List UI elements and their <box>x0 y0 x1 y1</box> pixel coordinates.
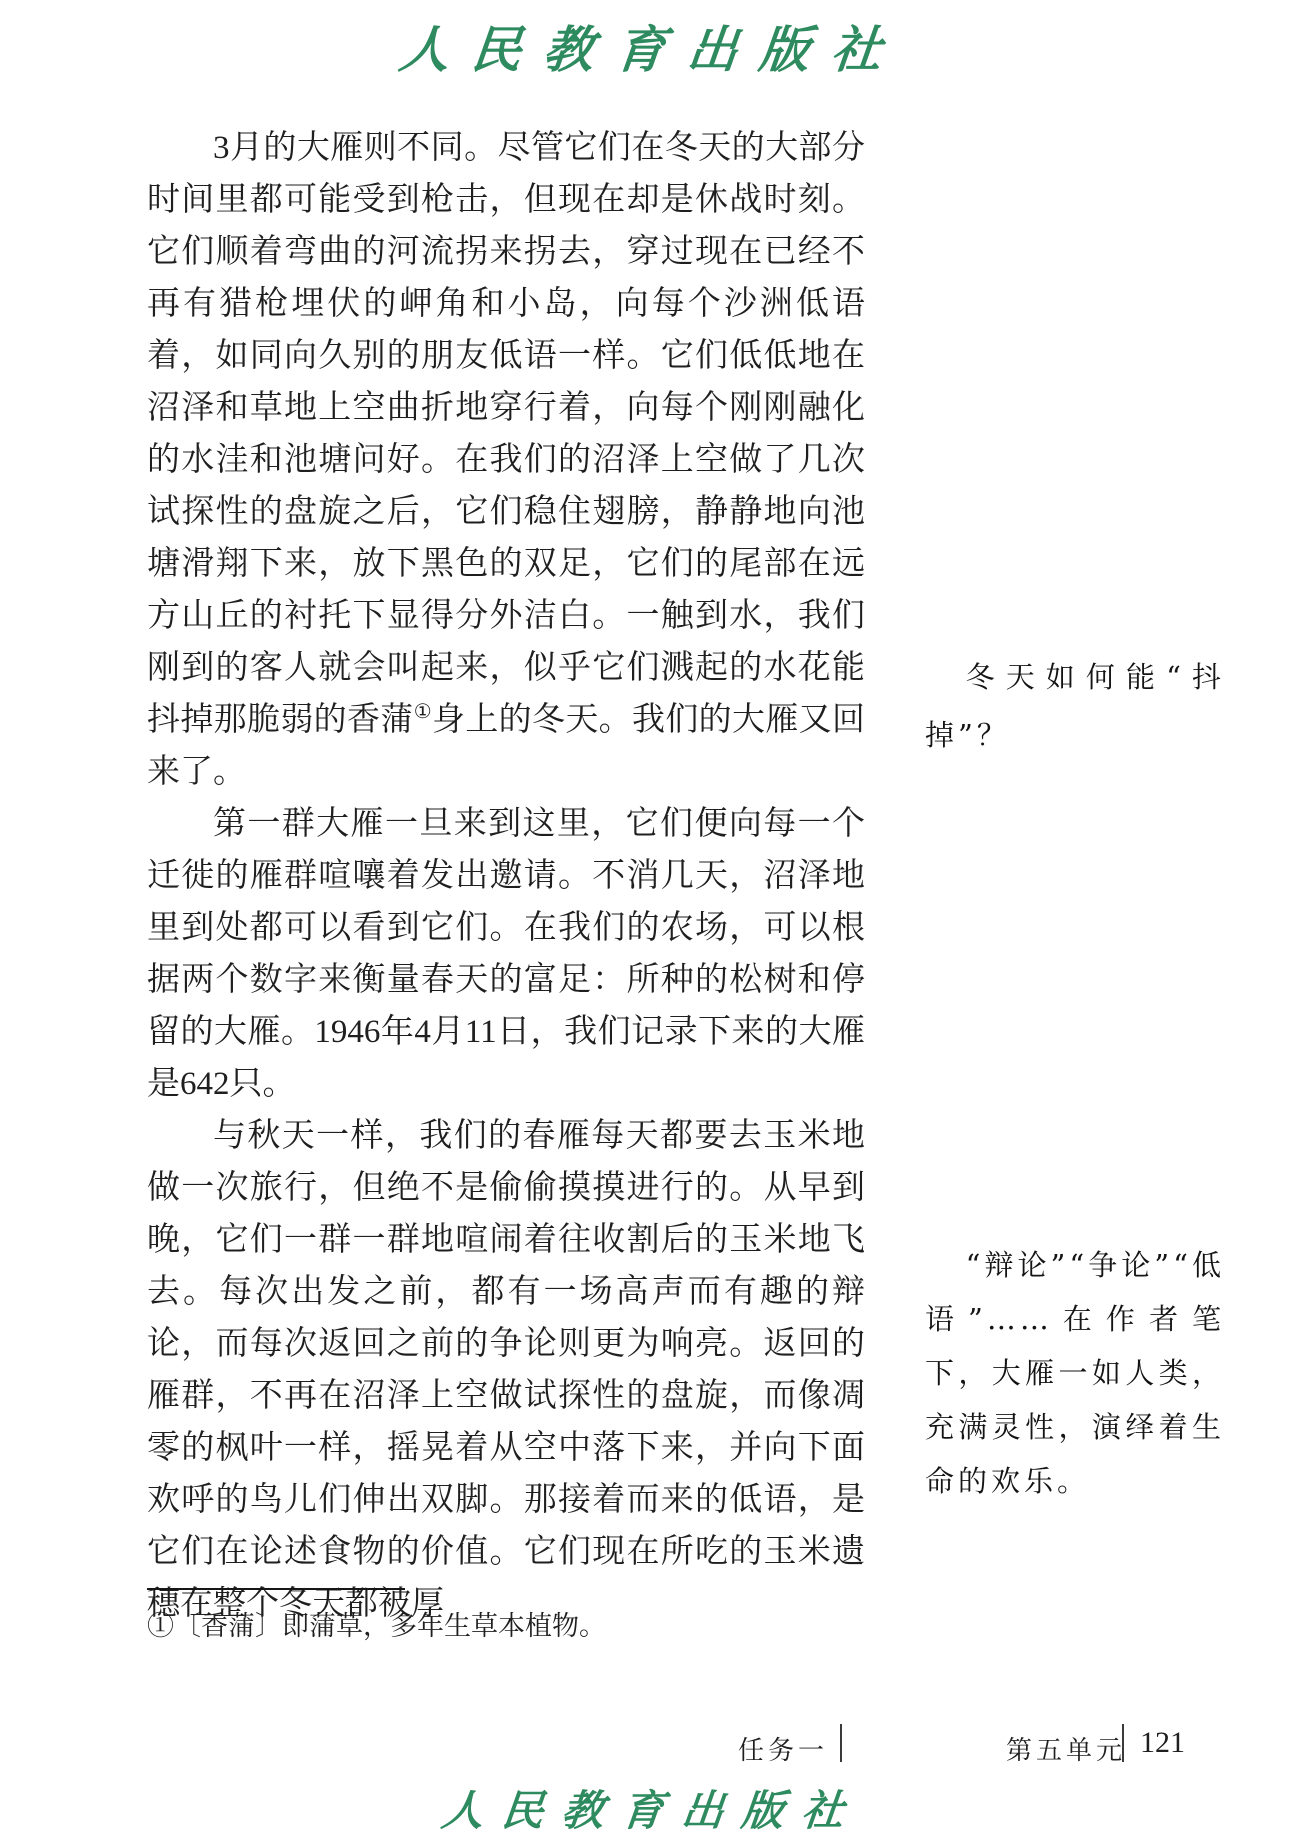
body-text-column: 3月的大雁则不同。尽管它们在冬天的大部分时间里都可能受到枪击，但现在却是休战时刻… <box>147 122 865 1630</box>
body-paragraph-2: 第一群大雁一旦来到这里，它们便向每一个迁徙的雁群喧嚷着发出邀请。不消几天，沼泽地… <box>147 798 865 1110</box>
footer-divider-2 <box>1122 1724 1124 1762</box>
footer-unit-label: 第五单元 <box>1006 1730 1126 1767</box>
footer-divider-1 <box>840 1724 842 1762</box>
page-number: 121 <box>1140 1726 1185 1760</box>
textbook-page: 人民教育出版社 3月的大雁则不同。尽管它们在冬天的大部分时间里都可能受到枪击，但… <box>0 0 1303 1842</box>
footnote-marker-ref: ① <box>414 701 432 723</box>
footnote-text: ①〔香蒲〕即蒲草，多年生草本植物。 <box>147 1606 606 1646</box>
margin-note-debate-comment: “辩论”“争论”“低语”……在作者笔下，大雁一如人类，充满灵性，演绎着生命的欢乐… <box>925 1238 1225 1508</box>
page-footer: 任务一 第五单元 121 <box>0 1718 1303 1768</box>
publisher-logo-bottom: 人民教育出版社 <box>438 1778 864 1838</box>
body-paragraph-3: 与秋天一样，我们的春雁每天都要去玉米地做一次旅行，但绝不是偷偷摸摸进行的。从早到… <box>147 1110 865 1630</box>
footer-task-label: 任务一 <box>738 1730 828 1767</box>
footnote-divider <box>147 1588 405 1590</box>
publisher-logo-top: 人民教育出版社 <box>396 10 908 82</box>
paragraph-text: 3月的大雁则不同。尽管它们在冬天的大部分时间里都可能受到枪击，但现在却是休战时刻… <box>147 130 865 738</box>
margin-note-winter-question: 冬天如何能“抖掉”？ <box>925 648 1225 764</box>
body-paragraph-1: 3月的大雁则不同。尽管它们在冬天的大部分时间里都可能受到枪击，但现在却是休战时刻… <box>147 122 865 798</box>
